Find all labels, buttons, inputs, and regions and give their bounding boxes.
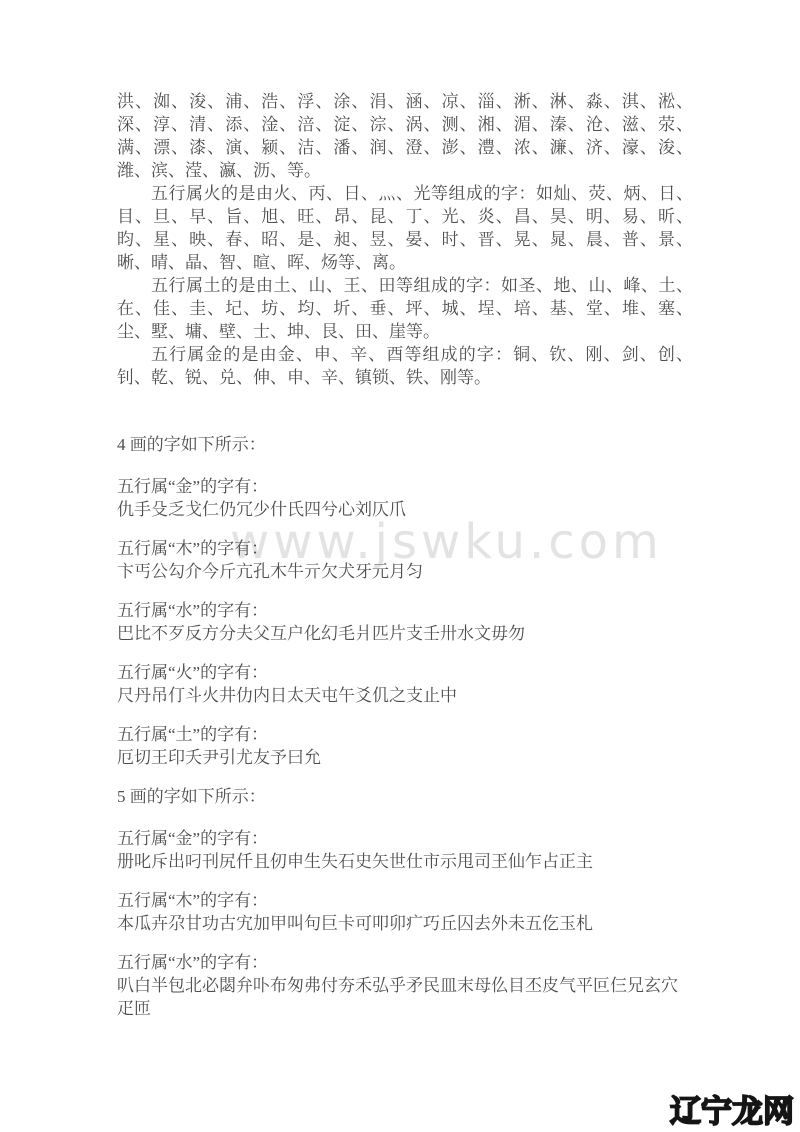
group-4stroke-earth: 五行属“土”的字有： 厄切王印夭尹引尤友予曰允 (117, 723, 693, 769)
group-label-water: 五行属“水”的字有： (117, 951, 693, 974)
group-5stroke-metal: 五行属“金”的字有： 册叱斥出叼刊尻仟且仞申生失石史矢世仕市示甩司玊仙乍占正主 (117, 827, 693, 873)
site-logo-suffix: 龙网 (732, 1094, 794, 1129)
paragraph-fire-characters: 五行属火的是由火、丙、日、灬、光等组成的字：如灿、荧、炳、日、目、旦、早、旨、旭… (117, 182, 693, 274)
group-characters-wood: 卞丐公勾介今斤亢孔木牛亓欠犬牙元月匀 (117, 560, 693, 583)
group-4stroke-metal: 五行属“金”的字有： 仇手殳乏戈仁仍冗少什氏四兮心刘仄爪 (117, 475, 693, 521)
paragraph-water-characters-continuation: 洪、洳、浚、浦、浩、浮、涂、涓、涵、凉、淄、淅、淋、淼、淇、淞、深、淳、清、添、… (117, 90, 693, 182)
group-4stroke-wood: 五行属“木”的字有： 卞丐公勾介今斤亢孔木牛亓欠犬牙元月匀 (117, 537, 693, 583)
group-5stroke-wood: 五行属“木”的字有： 本瓜卉尕甘功古宄加甲叫句巨卡可叩卯疒巧丘囚去外未五仡玉札 (117, 889, 693, 935)
group-label-earth: 五行属“土”的字有： (117, 723, 693, 746)
group-label-water: 五行属“水”的字有： (117, 599, 693, 622)
group-label-metal: 五行属“金”的字有： (117, 475, 693, 498)
document-page: www.jswku.com 洪、洳、浚、浦、浩、浮、涂、涓、涵、凉、淄、淅、淋、… (0, 0, 800, 1132)
group-label-wood: 五行属“木”的字有： (117, 889, 693, 912)
group-characters-wood: 本瓜卉尕甘功古宄加甲叫句巨卡可叩卯疒巧丘囚去外未五仡玉札 (117, 912, 693, 935)
group-4stroke-fire: 五行属“火”的字有： 尺丹吊仃斗火井仂内日太天屯午爻仉之支止中 (117, 661, 693, 707)
group-label-fire: 五行属“火”的字有： (117, 661, 693, 684)
heading-5-stroke-characters: 5 画的字如下所示： (117, 785, 693, 808)
site-logo-prefix: 辽宁 (670, 1094, 732, 1129)
group-characters-water: 叭白半包北必閟弁卟布匆弗付夯禾弘乎矛民皿末母仫目丕皮气平叵仨兄玄穴疋匝 (117, 974, 693, 1020)
group-characters-fire: 尺丹吊仃斗火井仂内日太天屯午爻仉之支止中 (117, 684, 693, 707)
group-label-wood: 五行属“木”的字有： (117, 537, 693, 560)
group-characters-earth: 厄切王印夭尹引尤友予曰允 (117, 746, 693, 769)
group-characters-metal: 仇手殳乏戈仁仍冗少什氏四兮心刘仄爪 (117, 498, 693, 521)
group-5stroke-water: 五行属“水”的字有： 叭白半包北必閟弁卟布匆弗付夯禾弘乎矛民皿末母仫目丕皮气平叵… (117, 951, 693, 1020)
paragraph-earth-characters: 五行属土的是由土、山、王、田等组成的字：如圣、地、山、峰、土、在、佳、圭、圮、坊… (117, 274, 693, 343)
group-4stroke-water: 五行属“水”的字有： 巴比不歹反方分夫父互户化幻毛爿匹片支壬卅水文毋勿 (117, 599, 693, 645)
paragraph-metal-characters: 五行属金的是由金、申、辛、酉等组成的字：铜、钦、刚、剑、创、钊、乾、锐、兑、伸、… (117, 343, 693, 389)
heading-4-stroke-characters: 4 画的字如下所示： (117, 433, 693, 456)
group-label-metal: 五行属“金”的字有： (117, 827, 693, 850)
group-characters-water: 巴比不歹反方分夫父互户化幻毛爿匹片支壬卅水文毋勿 (117, 622, 693, 645)
group-characters-metal: 册叱斥出叼刊尻仟且仞申生失石史矢世仕市示甩司玊仙乍占正主 (117, 850, 693, 873)
site-logo: 辽宁龙网 (670, 1096, 794, 1127)
document-content: 洪、洳、浚、浦、浩、浮、涂、涓、涵、凉、淄、淅、淋、淼、淇、淞、深、淳、清、添、… (117, 90, 693, 1036)
